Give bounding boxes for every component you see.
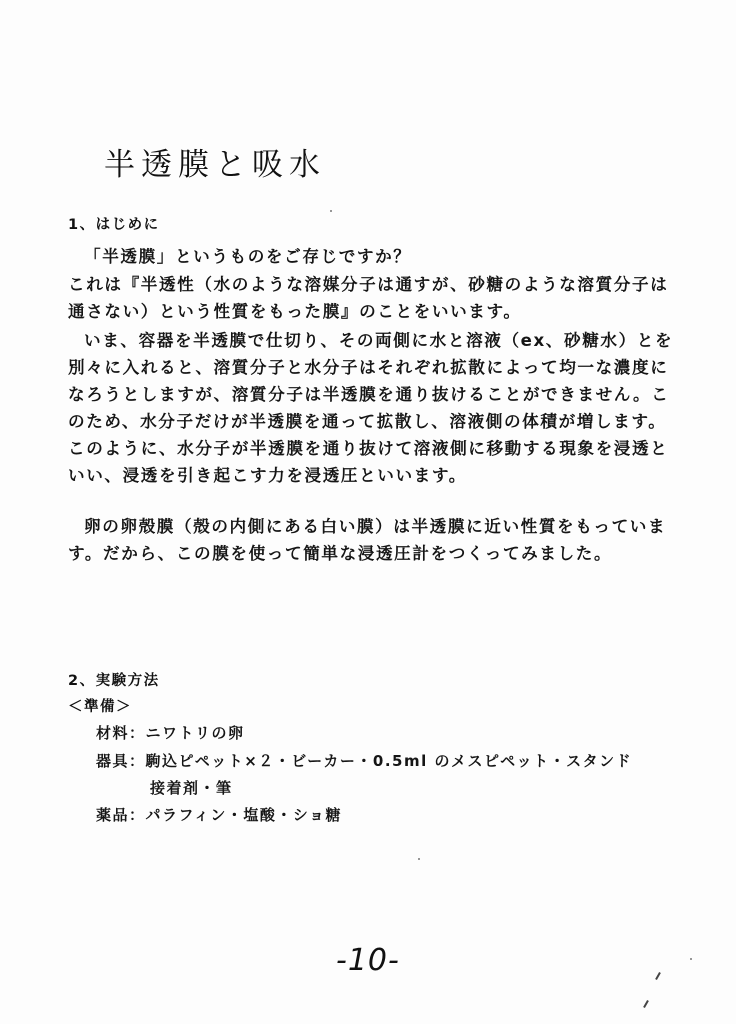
item-value: パラフィン・塩酸・ショ糖	[146, 804, 343, 825]
item-label: 薬品：	[96, 804, 146, 825]
item-value: 接着剤・筆	[150, 777, 233, 798]
scan-scratch	[655, 972, 661, 980]
item-value: ニワトリの卵	[146, 722, 245, 743]
scan-speck	[330, 210, 332, 212]
section-heading-experiment-method: 2、実験方法	[68, 669, 160, 690]
body-line: なろうとしますが、溶質分子は半透膜を通り抜けることができません。こ	[68, 381, 669, 405]
scan-speck	[418, 858, 420, 860]
equipment-item: 器具：駒込ピペット×２・ビーカー・0.5ml のメスピペット・スタンド	[96, 750, 632, 771]
page-number: -10-	[336, 943, 400, 978]
section-heading-introduction: 1、はじめに	[68, 213, 160, 234]
scan-scratch	[643, 1000, 649, 1008]
body-line: いい、浸透を引き起こす力を浸透圧といいます。	[68, 462, 467, 486]
document-page: 半透膜と吸水 1、はじめに 「半透膜」というものをご存じですか？ これは『半透性…	[0, 0, 736, 1024]
body-line: のため、水分子だけが半透膜を通って拡散し、溶液側の体積が増します。	[68, 408, 666, 432]
body-line: 別々に入れると、溶質分子と水分子はそれぞれ拡散によって均一な濃度に	[68, 354, 668, 378]
body-line: これは『半透性（水のような溶媒分子は通すが、砂糖のような溶質分子は	[68, 271, 668, 295]
body-line: 通さない）という性質をもった膜』のことをいいます。	[68, 298, 522, 322]
chemicals-item: 薬品：パラフィン・塩酸・ショ糖	[96, 804, 342, 825]
body-line: 卵の卵殻膜（殻の内側にある白い膜）は半透膜に近い性質をもっていま	[84, 513, 666, 537]
item-label: 材料：	[96, 722, 146, 743]
item-value: 駒込ピペット×２・ビーカー・0.5ml のメスピペット・スタンド	[146, 750, 633, 771]
equipment-item-continued: 接着剤・筆	[150, 777, 233, 798]
body-line: す。だから、この膜を使って簡単な浸透圧計をつくってみました。	[68, 540, 612, 564]
body-line: いま、容器を半透膜で仕切り、その両側に水と溶液（ex、砂糖水）とを	[84, 327, 673, 351]
body-line: このように、水分子が半透膜を通り抜けて溶液側に移動する現象を浸透と	[68, 435, 668, 459]
scan-speck	[690, 958, 692, 960]
page-title: 半透膜と吸水	[104, 139, 326, 184]
body-line: 「半透膜」というものをご存じですか？	[84, 243, 412, 267]
materials-item: 材料：ニワトリの卵	[96, 722, 245, 743]
subheading-preparation: ＜準備＞	[68, 695, 132, 716]
item-label: 器具：	[96, 750, 146, 771]
